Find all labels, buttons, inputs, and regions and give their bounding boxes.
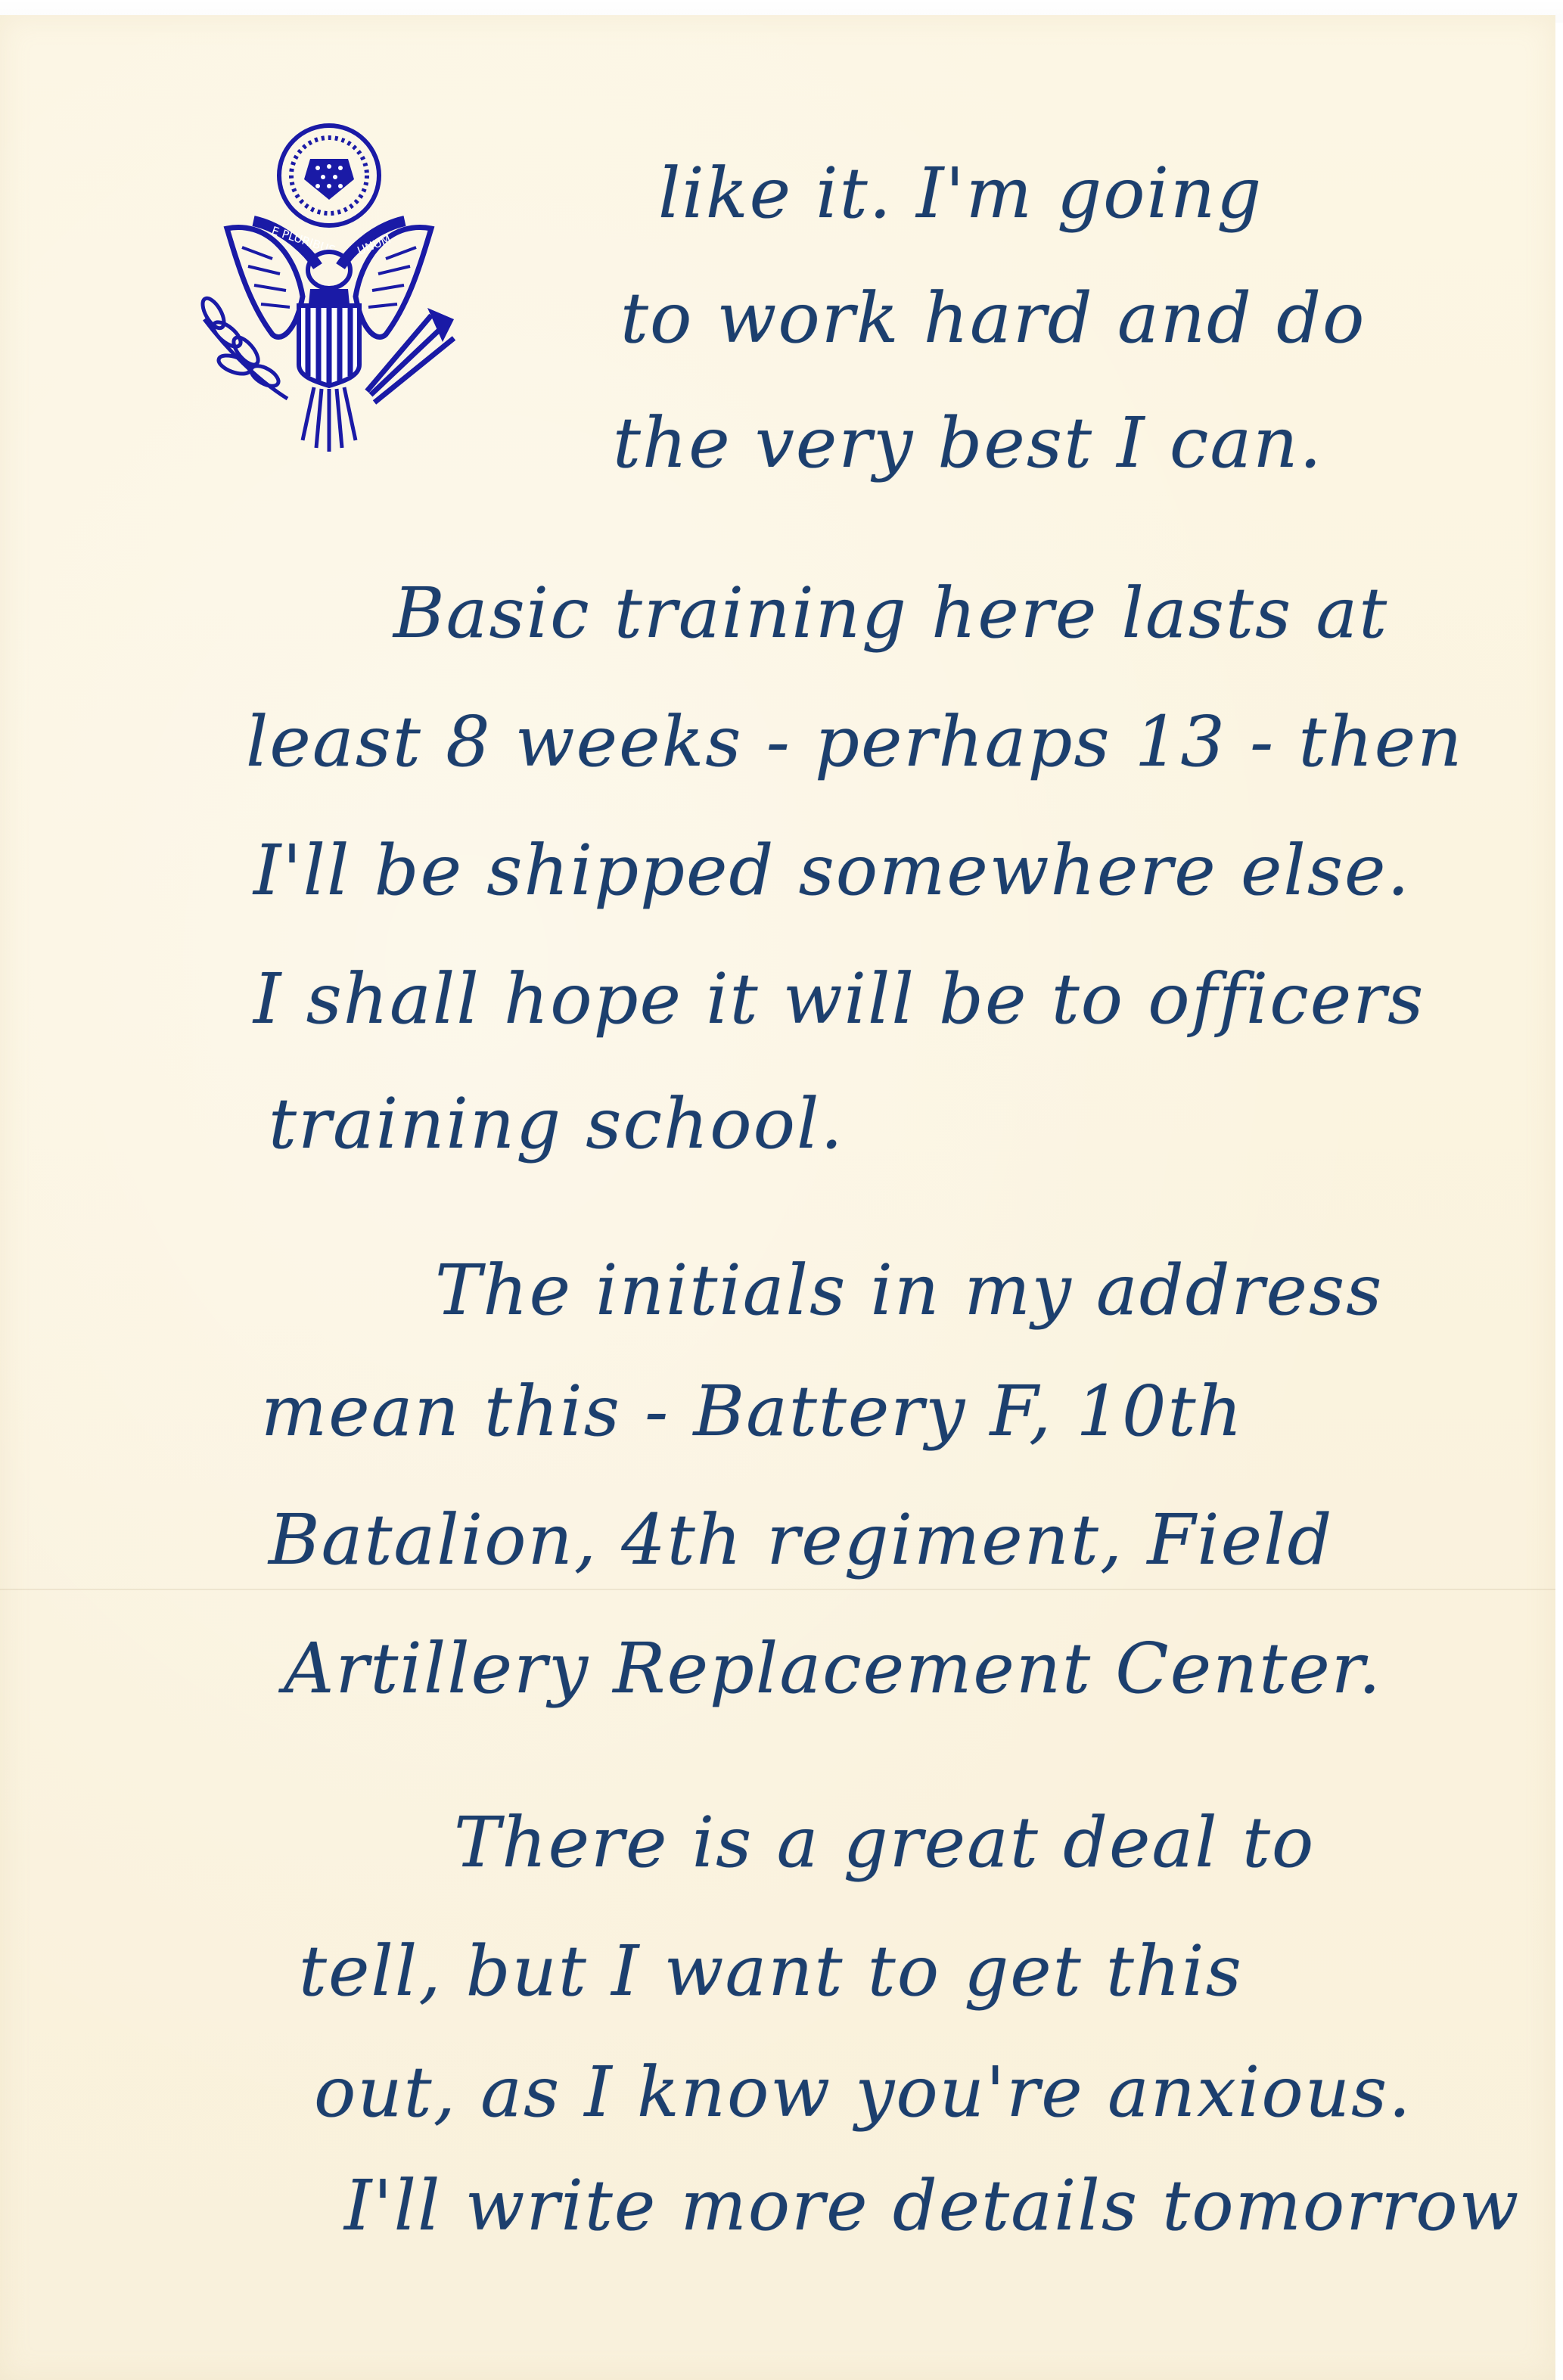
letter-line-2: to work hard and do <box>620 284 1366 353</box>
letter-line-16: I'll write more details tomorrow <box>344 2171 1520 2241</box>
letter-line-3: the very best I can. <box>613 409 1323 478</box>
letter-line-5: least 8 weeks - perhaps 13 - then <box>246 707 1463 777</box>
letter-line-6: I'll be shipped somewhere else. <box>253 836 1411 906</box>
letter-page: E PLURIBUS UNUM <box>0 15 1555 2380</box>
letter-line-10: mean this - Battery F, 10th <box>261 1377 1244 1446</box>
letter-line-13: There is a great deal to <box>454 1808 1315 1878</box>
letter-line-4: Basic training here lasts at <box>393 579 1388 648</box>
letter-line-8: training school. <box>269 1089 844 1159</box>
letter-line-7: I shall hope it will be to officers <box>253 965 1425 1034</box>
letter-line-9: The initials in my address <box>435 1256 1383 1325</box>
letter-line-14: tell, but I want to get this <box>299 1937 1243 2006</box>
great-seal-eagle-icon: E PLURIBUS UNUM <box>182 115 477 455</box>
letter-line-12: Artillery Replacement Center. <box>284 1634 1382 1704</box>
letter-line-11: Batalion, 4th regiment, Field <box>269 1505 1333 1575</box>
letter-line-1: like it. I'm going <box>658 159 1263 228</box>
letter-line-15: out, as I know you're anxious. <box>314 2058 1412 2127</box>
